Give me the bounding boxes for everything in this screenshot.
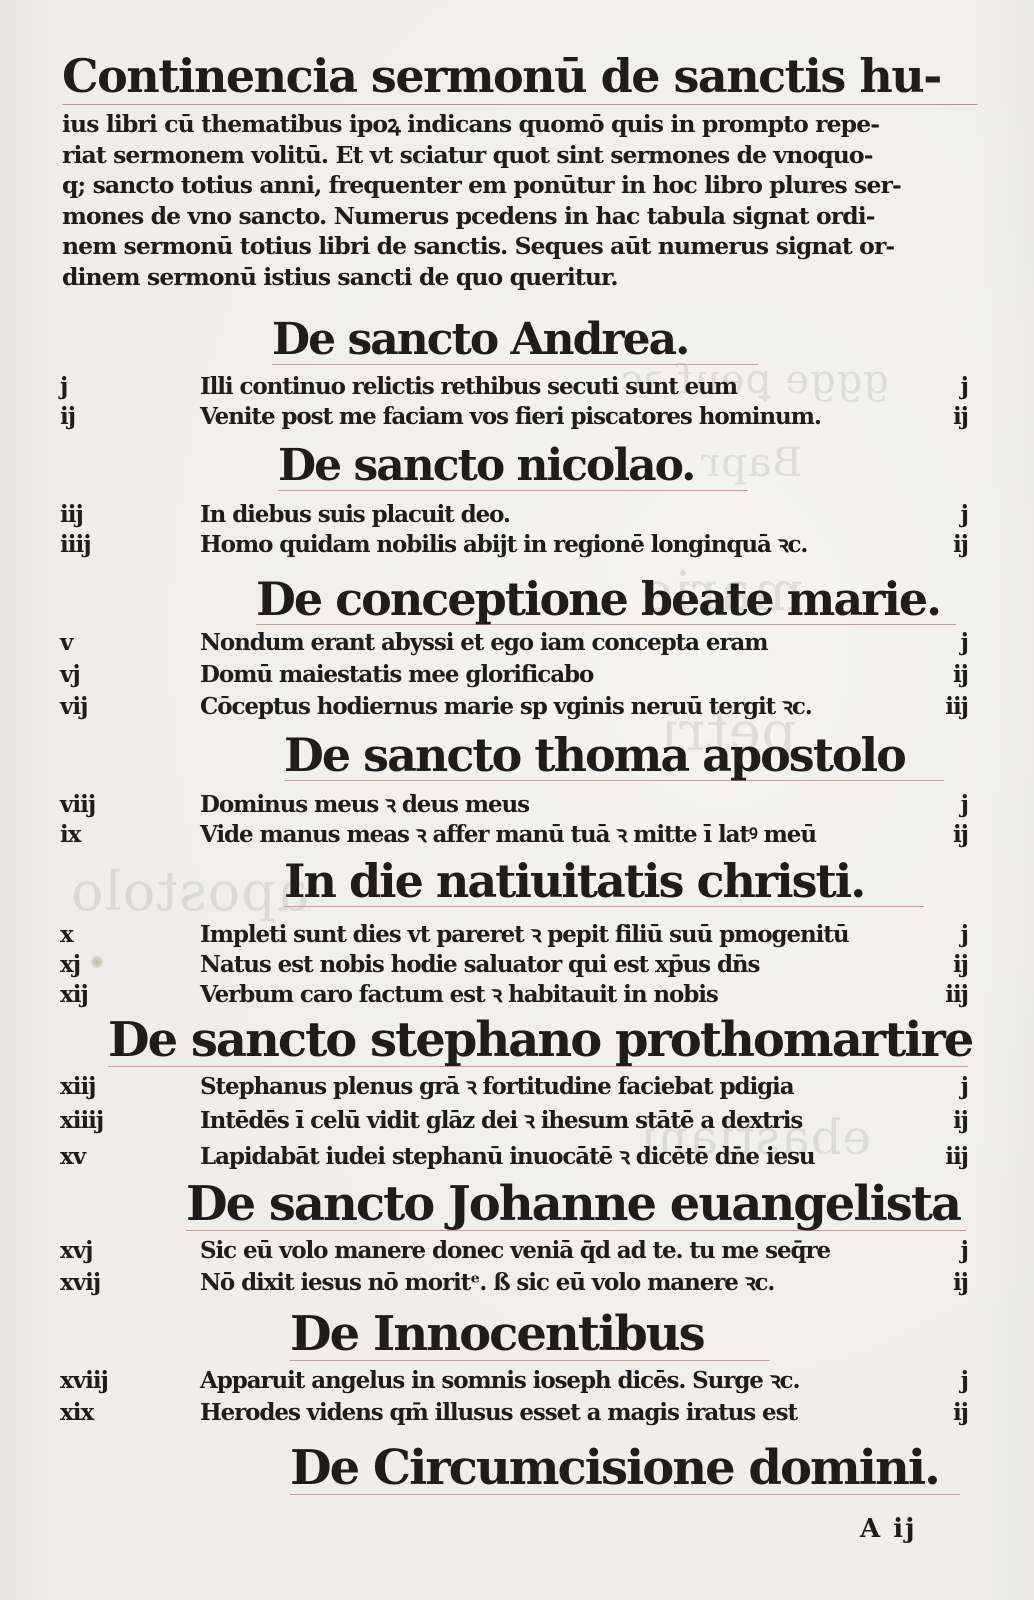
intro-title: Continencia sermonū de sanctis hu- [62, 48, 978, 105]
sermon-number: xvij [60, 1268, 100, 1298]
intro-line: nem sermonū totius libri de sanctis. Seq… [62, 231, 978, 262]
section-heading: De sancto Johanne euangelista [186, 1180, 966, 1231]
intro-line: dinem sermonū istius sancti de quo queri… [62, 262, 978, 293]
table-row: iiij Homo quidam nobilis abijt in region… [0, 530, 1034, 560]
sermon-theme: Natus est nobis hodie saluator qui est x… [200, 950, 759, 980]
sermon-theme: Herodes videns qm̄ illusus esset a magis… [200, 1398, 797, 1428]
sermon-index: j [961, 1072, 968, 1102]
intro-line: riat sermonem volitū. Et vt sciatur quot… [62, 140, 978, 171]
sermon-index: j [961, 372, 968, 402]
sermon-index: j [961, 790, 968, 820]
section-heading: De sancto stephano prothomartire [108, 1016, 968, 1067]
table-row: j Illi continuo relictis rethibus secuti… [0, 372, 1034, 402]
sermon-index: iij [945, 692, 968, 722]
section-heading: De conceptione beate marie. [256, 576, 956, 625]
sermon-number: ix [60, 820, 80, 850]
table-row: xvj Sic eū volo manere donec veniā q̄d a… [0, 1236, 1034, 1266]
sermon-index: j [961, 500, 968, 530]
table-row: xij Verbum caro factum est ꝛ habitauit i… [0, 980, 1034, 1010]
sermon-theme: Nō dixit iesus nō moritᵉ. ß sic eū volo … [200, 1268, 774, 1298]
sermon-number: vj [60, 660, 80, 690]
table-row: xj Natus est nobis hodie saluator qui es… [0, 950, 1034, 980]
signature-mark: A ij [860, 1514, 917, 1544]
intro-line: q; sancto totius anni, frequenter em pon… [62, 170, 978, 201]
sermon-theme: Venite post me faciam vos fieri piscator… [200, 402, 821, 432]
sermon-number: x [60, 920, 73, 950]
sermon-theme: Homo quidam nobilis abijt in regionē lon… [200, 530, 807, 560]
sermon-number: iiij [60, 530, 91, 560]
sermon-theme: Sic eū volo manere donec veniā q̄d ad te… [200, 1236, 830, 1266]
sermon-index: j [961, 628, 968, 658]
sermon-number: vij [60, 692, 87, 722]
intro-line: ius libri cū thematibus ipoꝝ indicans qu… [62, 109, 978, 140]
table-row: xvij Nō dixit iesus nō moritᵉ. ß sic eū … [0, 1268, 1034, 1298]
section-heading: De Innocentibus [290, 1310, 770, 1361]
table-row: xv Lapidabāt iudei stephanū inuocātē ꝛ d… [0, 1142, 1034, 1172]
sermon-index: j [961, 920, 968, 950]
sermon-number: xij [60, 980, 88, 1010]
intro-line: mones de vno sancto. Numerus pcedens in … [62, 201, 978, 232]
sermon-theme: Cōceptus hodiernus marie sp vginis neruū… [200, 692, 812, 722]
sermon-number: viij [60, 790, 95, 820]
sermon-number: xj [60, 950, 80, 980]
sermon-number: xvj [60, 1236, 92, 1266]
sermon-number: xviij [60, 1366, 108, 1396]
sermon-theme: Intēdēs ī celū vidit glāz dei ꝛ ihesum s… [200, 1106, 802, 1136]
section-heading: De Circumcisione domini. [290, 1444, 960, 1495]
table-row: xix Herodes videns qm̄ illusus esset a m… [0, 1398, 1034, 1428]
sermon-index: ij [953, 1398, 968, 1428]
sermon-theme: Apparuit angelus in somnis ioseph dicēs.… [200, 1366, 799, 1396]
section-heading: De sancto nicolao. [278, 444, 748, 491]
section-heading: De sancto thoma apostolo [284, 732, 944, 781]
sermon-number: xv [60, 1142, 85, 1172]
sermon-theme: Lapidabāt iudei stephanū inuocātē ꝛ dicē… [200, 1142, 815, 1172]
sermon-theme: Nondum erant abyssi et ego iam concepta … [200, 628, 767, 658]
table-row: iij In diebus suis placuit deo. j [0, 500, 1034, 530]
sermon-theme: In diebus suis placuit deo. [200, 500, 510, 530]
sermon-number: iij [60, 500, 83, 530]
book-page: ggge ꝑeuf ꝛc Bapr marie petri apostolo e… [0, 0, 1034, 1600]
table-row: viij Dominus meus ꝛ deus meus j [0, 790, 1034, 820]
table-row: xviij Apparuit angelus in somnis ioseph … [0, 1366, 1034, 1396]
table-row: vj Domū maiestatis mee glorificabo ij [0, 660, 1034, 690]
sermon-theme: Stephanus plenus grā ꝛ fortitudine facie… [200, 1072, 794, 1102]
sermon-number: xiij [60, 1072, 96, 1102]
table-row: ix Vide manus meas ꝛ affer manū tuā ꝛ mi… [0, 820, 1034, 850]
sermon-theme: Dominus meus ꝛ deus meus [200, 790, 529, 820]
sermon-theme: Vide manus meas ꝛ affer manū tuā ꝛ mitte… [200, 820, 816, 850]
sermon-index: j [961, 1366, 968, 1396]
sermon-theme: Illi continuo relictis rethibus secuti s… [200, 372, 737, 402]
table-row: v Nondum erant abyssi et ego iam concept… [0, 628, 1034, 658]
sermon-number: ij [60, 402, 75, 432]
table-row: vij Cōceptus hodiernus marie sp vginis n… [0, 692, 1034, 722]
section-heading: In die natiuitatis christi. [284, 858, 924, 907]
sermon-index: ij [953, 950, 968, 980]
sermon-number: v [60, 628, 72, 658]
sermon-number: j [60, 372, 67, 402]
sermon-number: xix [60, 1398, 93, 1428]
sermon-number: xiiij [60, 1106, 103, 1136]
sermon-index: ij [953, 1106, 968, 1136]
sermon-index: ij [953, 402, 968, 432]
table-row: xiij Stephanus plenus grā ꝛ fortitudine … [0, 1072, 1034, 1102]
sermon-theme: Domū maiestatis mee glorificabo [200, 660, 593, 690]
table-row: x Impleti sunt dies vt pareret ꝛ pepit f… [0, 920, 1034, 950]
sermon-index: iij [945, 980, 968, 1010]
sermon-theme: Impleti sunt dies vt pareret ꝛ pepit fil… [200, 920, 848, 950]
sermon-index: ij [953, 1268, 968, 1298]
sermon-index: iij [945, 1142, 968, 1172]
sermon-index: ij [953, 530, 968, 560]
section-heading: De sancto Andrea. [272, 318, 758, 365]
sermon-index: ij [953, 820, 968, 850]
bleed-through-text: apostolo [70, 860, 309, 923]
table-row: xiiij Intēdēs ī celū vidit glāz dei ꝛ ih… [0, 1106, 1034, 1136]
sermon-index: ij [953, 660, 968, 690]
sermon-index: j [961, 1236, 968, 1266]
table-row: ij Venite post me faciam vos fieri pisca… [0, 402, 1034, 432]
sermon-theme: Verbum caro factum est ꝛ habitauit in no… [200, 980, 718, 1010]
intro-paragraph: Continencia sermonū de sanctis hu- ius l… [62, 48, 978, 292]
